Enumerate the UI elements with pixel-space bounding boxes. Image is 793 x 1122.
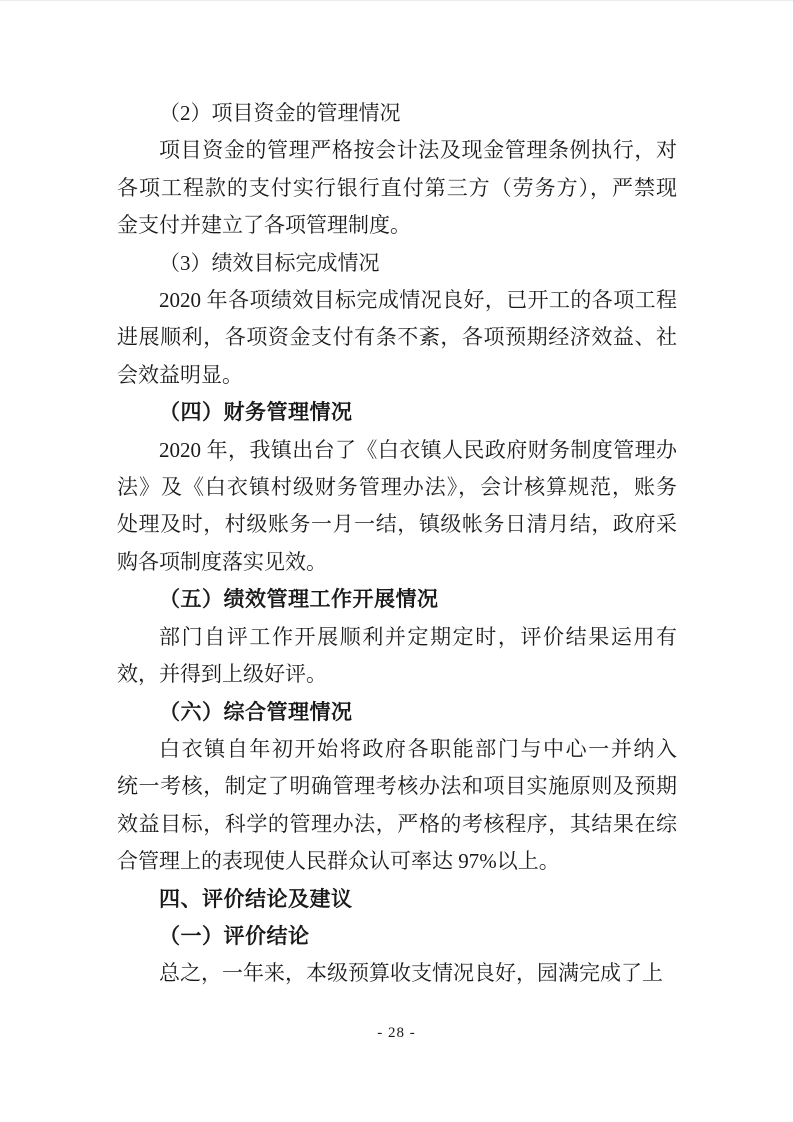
paragraph: 总之，一年来，本级预算收支情况良好，园满完成了上 <box>117 955 677 992</box>
text-line: 会效益明显。 <box>117 357 677 394</box>
text-line: 购各项制度落实见效。 <box>117 544 677 581</box>
text-line: 总之，一年来，本级预算收支情况良好，园满完成了上 <box>117 955 677 992</box>
text-line: 效，并得到上级好评。 <box>117 656 677 693</box>
text-line: 效益目标，科学的管理办法，严格的考核程序，其结果在综 <box>117 806 677 843</box>
text-line: （四）财务管理情况 <box>117 394 677 431</box>
heading-kai-bold: （一）评价结论 <box>117 918 677 955</box>
text-line: 各项工程款的支付实行银行直付第三方（劳务方），严禁现 <box>117 170 677 207</box>
paragraph: 白衣镇自年初开始将政府各职能部门与中心一并纳入统一考核，制定了明确管理考核办法和… <box>117 731 677 881</box>
text-line: 四、评价结论及建议 <box>117 881 677 918</box>
text-line: 统一考核，制定了明确管理考核办法和项目实施原则及预期 <box>117 768 677 805</box>
subheading: （2）项目资金的管理情况 <box>117 95 677 132</box>
paragraph: 项目资金的管理严格按会计法及现金管理条例执行，对各项工程款的支付实行银行直付第三… <box>117 132 677 244</box>
heading-kai-bold: （六）综合管理情况 <box>117 694 677 731</box>
heading-hei: 四、评价结论及建议 <box>117 881 677 918</box>
text-line: 合管理上的表现使人民群众认可率达 97%以上。 <box>117 843 677 880</box>
text-line: （六）综合管理情况 <box>117 694 677 731</box>
text-line: （2）项目资金的管理情况 <box>117 95 677 132</box>
paragraph: 2020 年各项绩效目标完成情况良好，已开工的各项工程进展顺利，各项资金支付有条… <box>117 282 677 394</box>
text-line: 处理及时，村级账务一月一结，镇级帐务日清月结，政府采 <box>117 506 677 543</box>
page-number: - 28 - <box>0 1025 793 1042</box>
paragraph: 2020 年，我镇出台了《白衣镇人民政府财务制度管理办法》及《白衣镇村级财务管理… <box>117 432 677 582</box>
text-line: 2020 年，我镇出台了《白衣镇人民政府财务制度管理办 <box>117 432 677 469</box>
heading-kai-bold: （五）绩效管理工作开展情况 <box>117 581 677 618</box>
paragraph: 部门自评工作开展顺利并定期定时，评价结果运用有效，并得到上级好评。 <box>117 619 677 694</box>
heading-kai-bold: （四）财务管理情况 <box>117 394 677 431</box>
text-line: （五）绩效管理工作开展情况 <box>117 581 677 618</box>
text-line: 2020 年各项绩效目标完成情况良好，已开工的各项工程 <box>117 282 677 319</box>
subheading: （3）绩效目标完成情况 <box>117 245 677 282</box>
text-line: 金支付并建立了各项管理制度。 <box>117 207 677 244</box>
text-line: 进展顺利，各项资金支付有条不紊，各项预期经济效益、社 <box>117 319 677 356</box>
document-page: （2）项目资金的管理情况项目资金的管理严格按会计法及现金管理条例执行，对各项工程… <box>0 0 793 1122</box>
text-line: 法》及《白衣镇村级财务管理办法》，会计核算规范，账务 <box>117 469 677 506</box>
text-line: 白衣镇自年初开始将政府各职能部门与中心一并纳入 <box>117 731 677 768</box>
document-body: （2）项目资金的管理情况项目资金的管理严格按会计法及现金管理条例执行，对各项工程… <box>117 95 677 993</box>
text-line: 部门自评工作开展顺利并定期定时，评价结果运用有 <box>117 619 677 656</box>
text-line: 项目资金的管理严格按会计法及现金管理条例执行，对 <box>117 132 677 169</box>
text-line: （一）评价结论 <box>117 918 677 955</box>
text-line: （3）绩效目标完成情况 <box>117 245 677 282</box>
